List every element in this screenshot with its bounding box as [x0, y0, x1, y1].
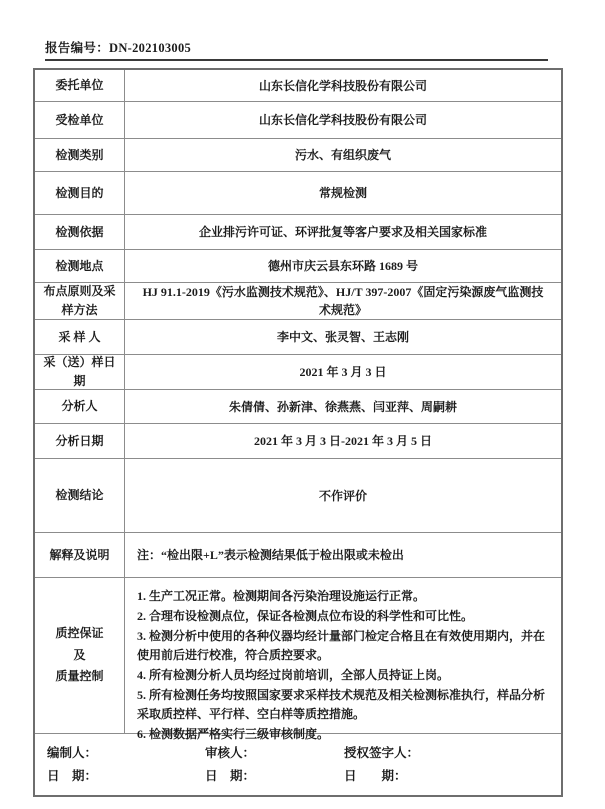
row-analysts: 分析人 朱倩倩、孙新津、徐燕燕、闫亚萍、周嗣耕: [35, 390, 561, 424]
report-number-value: DN-202103005: [109, 41, 191, 55]
row-test-basis: 检测依据 企业排污许可证、环评批复等客户要求及相关国家标准: [35, 215, 561, 250]
report-page: 报告编号：DN-202103005 委托单位 山东长信化学科技股份有限公司 受检…: [0, 0, 605, 809]
field-label-text: 受检单位: [55, 111, 103, 130]
field-value: 污水、有组织废气: [125, 139, 561, 171]
field-label: 检测依据: [35, 215, 125, 249]
authorizer-label: 授权签字人：: [344, 742, 561, 765]
field-label: 采 样 人: [35, 320, 125, 354]
reviewer-label: 审核人：: [205, 742, 344, 765]
row-test-purpose: 检测目的 常规检测: [35, 172, 561, 215]
field-label: 检测类别: [35, 139, 125, 171]
quality-item: 1. 生产工况正常。检测期间各污染治理设施运行正常。: [137, 587, 549, 606]
quality-label-line2: 及: [55, 645, 103, 667]
field-label-text: 检测类别: [55, 146, 103, 165]
field-label: 委托单位: [35, 70, 125, 101]
field-label: 检测结论: [35, 459, 125, 532]
field-label: 检测目的: [35, 172, 125, 214]
row-samplers: 采 样 人 李中文、张灵智、王志刚: [35, 320, 561, 355]
field-value: 注：“检出限+L”表示检测结果低于检出限或未检出: [125, 533, 561, 577]
row-sampling-method: 布点原则及采样方法 HJ 91.1-2019《污水监测技术规范》、HJ/T 39…: [35, 283, 561, 320]
compiler-label: 编制人：: [47, 742, 205, 765]
field-label: 受检单位: [35, 102, 125, 138]
field-label-text: 检测结论: [55, 486, 103, 505]
field-label-text: 检测依据: [55, 223, 103, 242]
field-label: 质控保证 及 质量控制: [35, 578, 125, 733]
signature-block-authorizer: 授权签字人： 日 期：: [344, 742, 561, 788]
row-test-location: 检测地点 德州市庆云县东环路 1689 号: [35, 250, 561, 283]
field-value: 德州市庆云县东环路 1689 号: [125, 250, 561, 282]
field-label-text: 分析日期: [55, 432, 103, 451]
report-number-label: 报告编号：: [45, 41, 109, 55]
signature-block-reviewer: 审核人： 日 期：: [205, 742, 344, 788]
field-value: HJ 91.1-2019《污水监测技术规范》、HJ/T 397-2007《固定污…: [125, 283, 561, 319]
row-sampling-date: 采（送）样日期 2021 年 3 月 3 日: [35, 355, 561, 390]
authorizer-date-label: 日 期：: [344, 765, 561, 788]
field-value: 2021 年 3 月 3 日: [125, 355, 561, 389]
field-value: 不作评价: [125, 459, 561, 532]
row-signatures: 编制人： 日 期： 审核人： 日 期： 授权签字人： 日 期：: [35, 734, 561, 795]
field-label-text: 采（送）样日期: [41, 353, 119, 390]
field-label-text: 质控保证 及 质量控制: [55, 623, 103, 688]
field-label-text: 检测目的: [55, 184, 103, 203]
row-explanation: 解释及说明 注：“检出限+L”表示检测结果低于检出限或未检出: [35, 533, 561, 578]
field-label-text: 委托单位: [55, 76, 103, 95]
field-value: 山东长信化学科技股份有限公司: [125, 70, 561, 101]
field-value: 李中文、张灵智、王志刚: [125, 320, 561, 354]
field-label-text: 采 样 人: [58, 328, 100, 347]
quality-item: 5. 所有检测任务均按照国家要求采样技术规范及相关检测标准执行，样品分析采取质控…: [137, 686, 549, 724]
report-number-line: 报告编号：DN-202103005: [45, 38, 548, 61]
field-label: 分析日期: [35, 424, 125, 458]
quality-control-list: 1. 生产工况正常。检测期间各污染治理设施运行正常。 2. 合理布设检测点位，保…: [125, 578, 561, 733]
compiler-date-label: 日 期：: [47, 765, 205, 788]
row-inspected-unit: 受检单位 山东长信化学科技股份有限公司: [35, 102, 561, 139]
field-value: 山东长信化学科技股份有限公司: [125, 102, 561, 138]
row-analysis-date: 分析日期 2021 年 3 月 3 日-2021 年 3 月 5 日: [35, 424, 561, 459]
field-value: 朱倩倩、孙新津、徐燕燕、闫亚萍、周嗣耕: [125, 390, 561, 423]
quality-item: 4. 所有检测分析人员均经过岗前培训，全部人员持证上岗。: [137, 666, 549, 685]
signature-block-compiler: 编制人： 日 期：: [47, 742, 205, 788]
field-label-text: 分析人: [61, 397, 97, 416]
field-label: 布点原则及采样方法: [35, 283, 125, 319]
row-test-category: 检测类别 污水、有组织废气: [35, 139, 561, 172]
report-info-table: 委托单位 山东长信化学科技股份有限公司 受检单位 山东长信化学科技股份有限公司 …: [33, 68, 563, 797]
field-label-text: 检测地点: [55, 257, 103, 276]
field-value: 企业排污许可证、环评批复等客户要求及相关国家标准: [125, 215, 561, 249]
quality-label-line1: 质控保证: [55, 623, 103, 645]
field-label: 检测地点: [35, 250, 125, 282]
row-quality-control: 质控保证 及 质量控制 1. 生产工况正常。检测期间各污染治理设施运行正常。 2…: [35, 578, 561, 734]
row-test-conclusion: 检测结论 不作评价: [35, 459, 561, 533]
field-value: 常规检测: [125, 172, 561, 214]
field-value: 2021 年 3 月 3 日-2021 年 3 月 5 日: [125, 424, 561, 458]
reviewer-date-label: 日 期：: [205, 765, 344, 788]
field-label-text: 解释及说明: [49, 546, 109, 565]
quality-item: 3. 检测分析中使用的各种仪器均经计量部门检定合格且在有效使用期内，并在使用前后…: [137, 627, 549, 665]
field-label: 解释及说明: [35, 533, 125, 577]
field-label: 采（送）样日期: [35, 355, 125, 389]
row-client-unit: 委托单位 山东长信化学科技股份有限公司: [35, 70, 561, 102]
field-label-text: 布点原则及采样方法: [41, 282, 119, 319]
quality-label-line3: 质量控制: [55, 666, 103, 688]
quality-item: 2. 合理布设检测点位，保证各检测点位布设的科学性和可比性。: [137, 607, 549, 626]
field-label: 分析人: [35, 390, 125, 423]
